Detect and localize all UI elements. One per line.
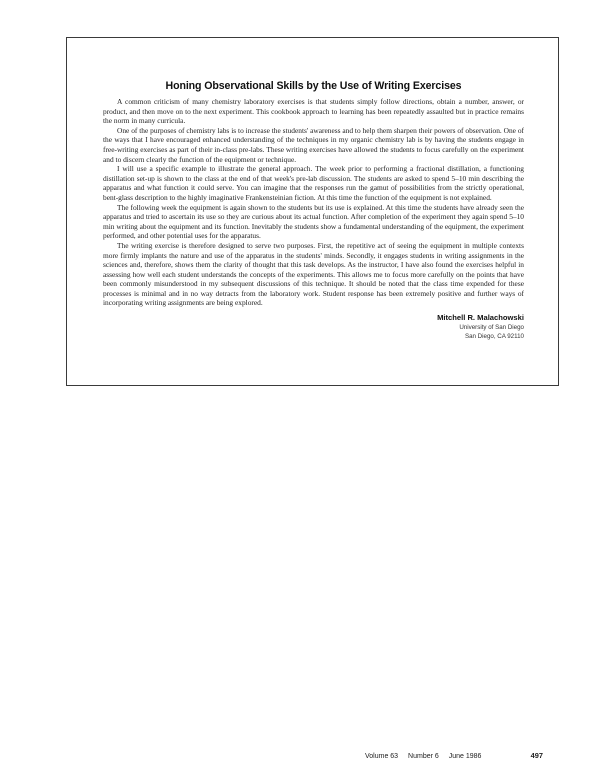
paragraph: One of the purposes of chemistry labs is… [103, 126, 524, 164]
paragraph: The writing exercise is therefore design… [103, 241, 524, 308]
page-number: 497 [531, 751, 543, 760]
paragraph: A common criticism of many chemistry lab… [103, 97, 524, 126]
paragraph: The following week the equipment is agai… [103, 203, 524, 241]
issue-number-label: Number 6 [408, 753, 439, 760]
author-name: Mitchell R. Malachowski [437, 313, 524, 323]
paragraph: I will use a specific example to illustr… [103, 164, 524, 202]
volume-label: Volume 63 [365, 753, 398, 760]
author-institution: University of San Diego [437, 323, 524, 332]
article-title: Honing Observational Skills by the Use o… [103, 80, 524, 92]
page-footer: Volume 63 Number 6 June 1986 497 [365, 751, 543, 760]
author-location: San Diego, CA 92110 [437, 332, 524, 341]
issue-date-label: June 1986 [449, 753, 482, 760]
author-signature: Mitchell R. Malachowski University of Sa… [437, 313, 524, 341]
journal-issue-info: Volume 63 Number 6 June 1986 [365, 753, 489, 760]
article: Honing Observational Skills by the Use o… [103, 80, 524, 308]
